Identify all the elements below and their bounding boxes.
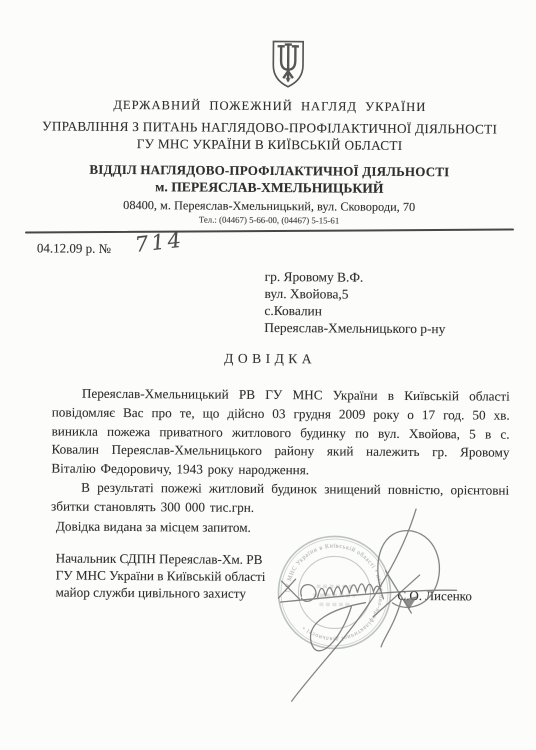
recipient-line: Переяслав-Хмельницького р-ну [264,319,445,337]
department-line-2: ГУ МНС УКРАЇНИ В КИЇВСЬКІЙ ОБЛАСТІ [2,135,536,155]
division-line-2: м. ПЕРЕЯСЛАВ-ХМЕЛЬНИЦЬКИЙ [1,178,536,198]
letterhead-divider [25,229,514,234]
authority-name: ДЕРЖАВНИЙ ПОЖЕЖНИЙ НАГЛЯД УКРАЇНИ [2,97,536,116]
division-block: ВІДДІЛ НАГЛЯДОВО-ПРОФІЛАКТИЧНОЇ ДІЯЛЬНОС… [1,161,536,227]
recipient-line: с.Ковалин [264,302,445,320]
reference-date-label: 04.12.09 р. № [37,240,111,257]
ukraine-trident-emblem-icon [269,39,307,89]
scanned-letter-page: ДЕРЖАВНИЙ ПОЖЕЖНИЙ НАГЛЯД УКРАЇНИ УПРАВЛ… [0,0,536,750]
recipient-line: вул. Хвойова,5 [265,285,446,303]
handwritten-reference-number: 714 [134,227,186,256]
recipient-line: гр. Яровому В.Ф. [265,268,446,286]
recipient-block: гр. Яровому В.Ф. вул. Хвойова,5 с.Ковали… [264,268,445,337]
letterhead: ДЕРЖАВНИЙ ПОЖЕЖНИЙ НАГЛЯД УКРАЇНИ УПРАВЛ… [2,97,536,155]
issue-note: Довідка видана за місцем запитом. [56,519,251,536]
body-paragraph-1: Переяслав-Хмельницький РВ ГУ МНС України… [51,384,510,481]
handwritten-signature [233,498,484,715]
document-title: ДОВІДКА [2,349,536,369]
